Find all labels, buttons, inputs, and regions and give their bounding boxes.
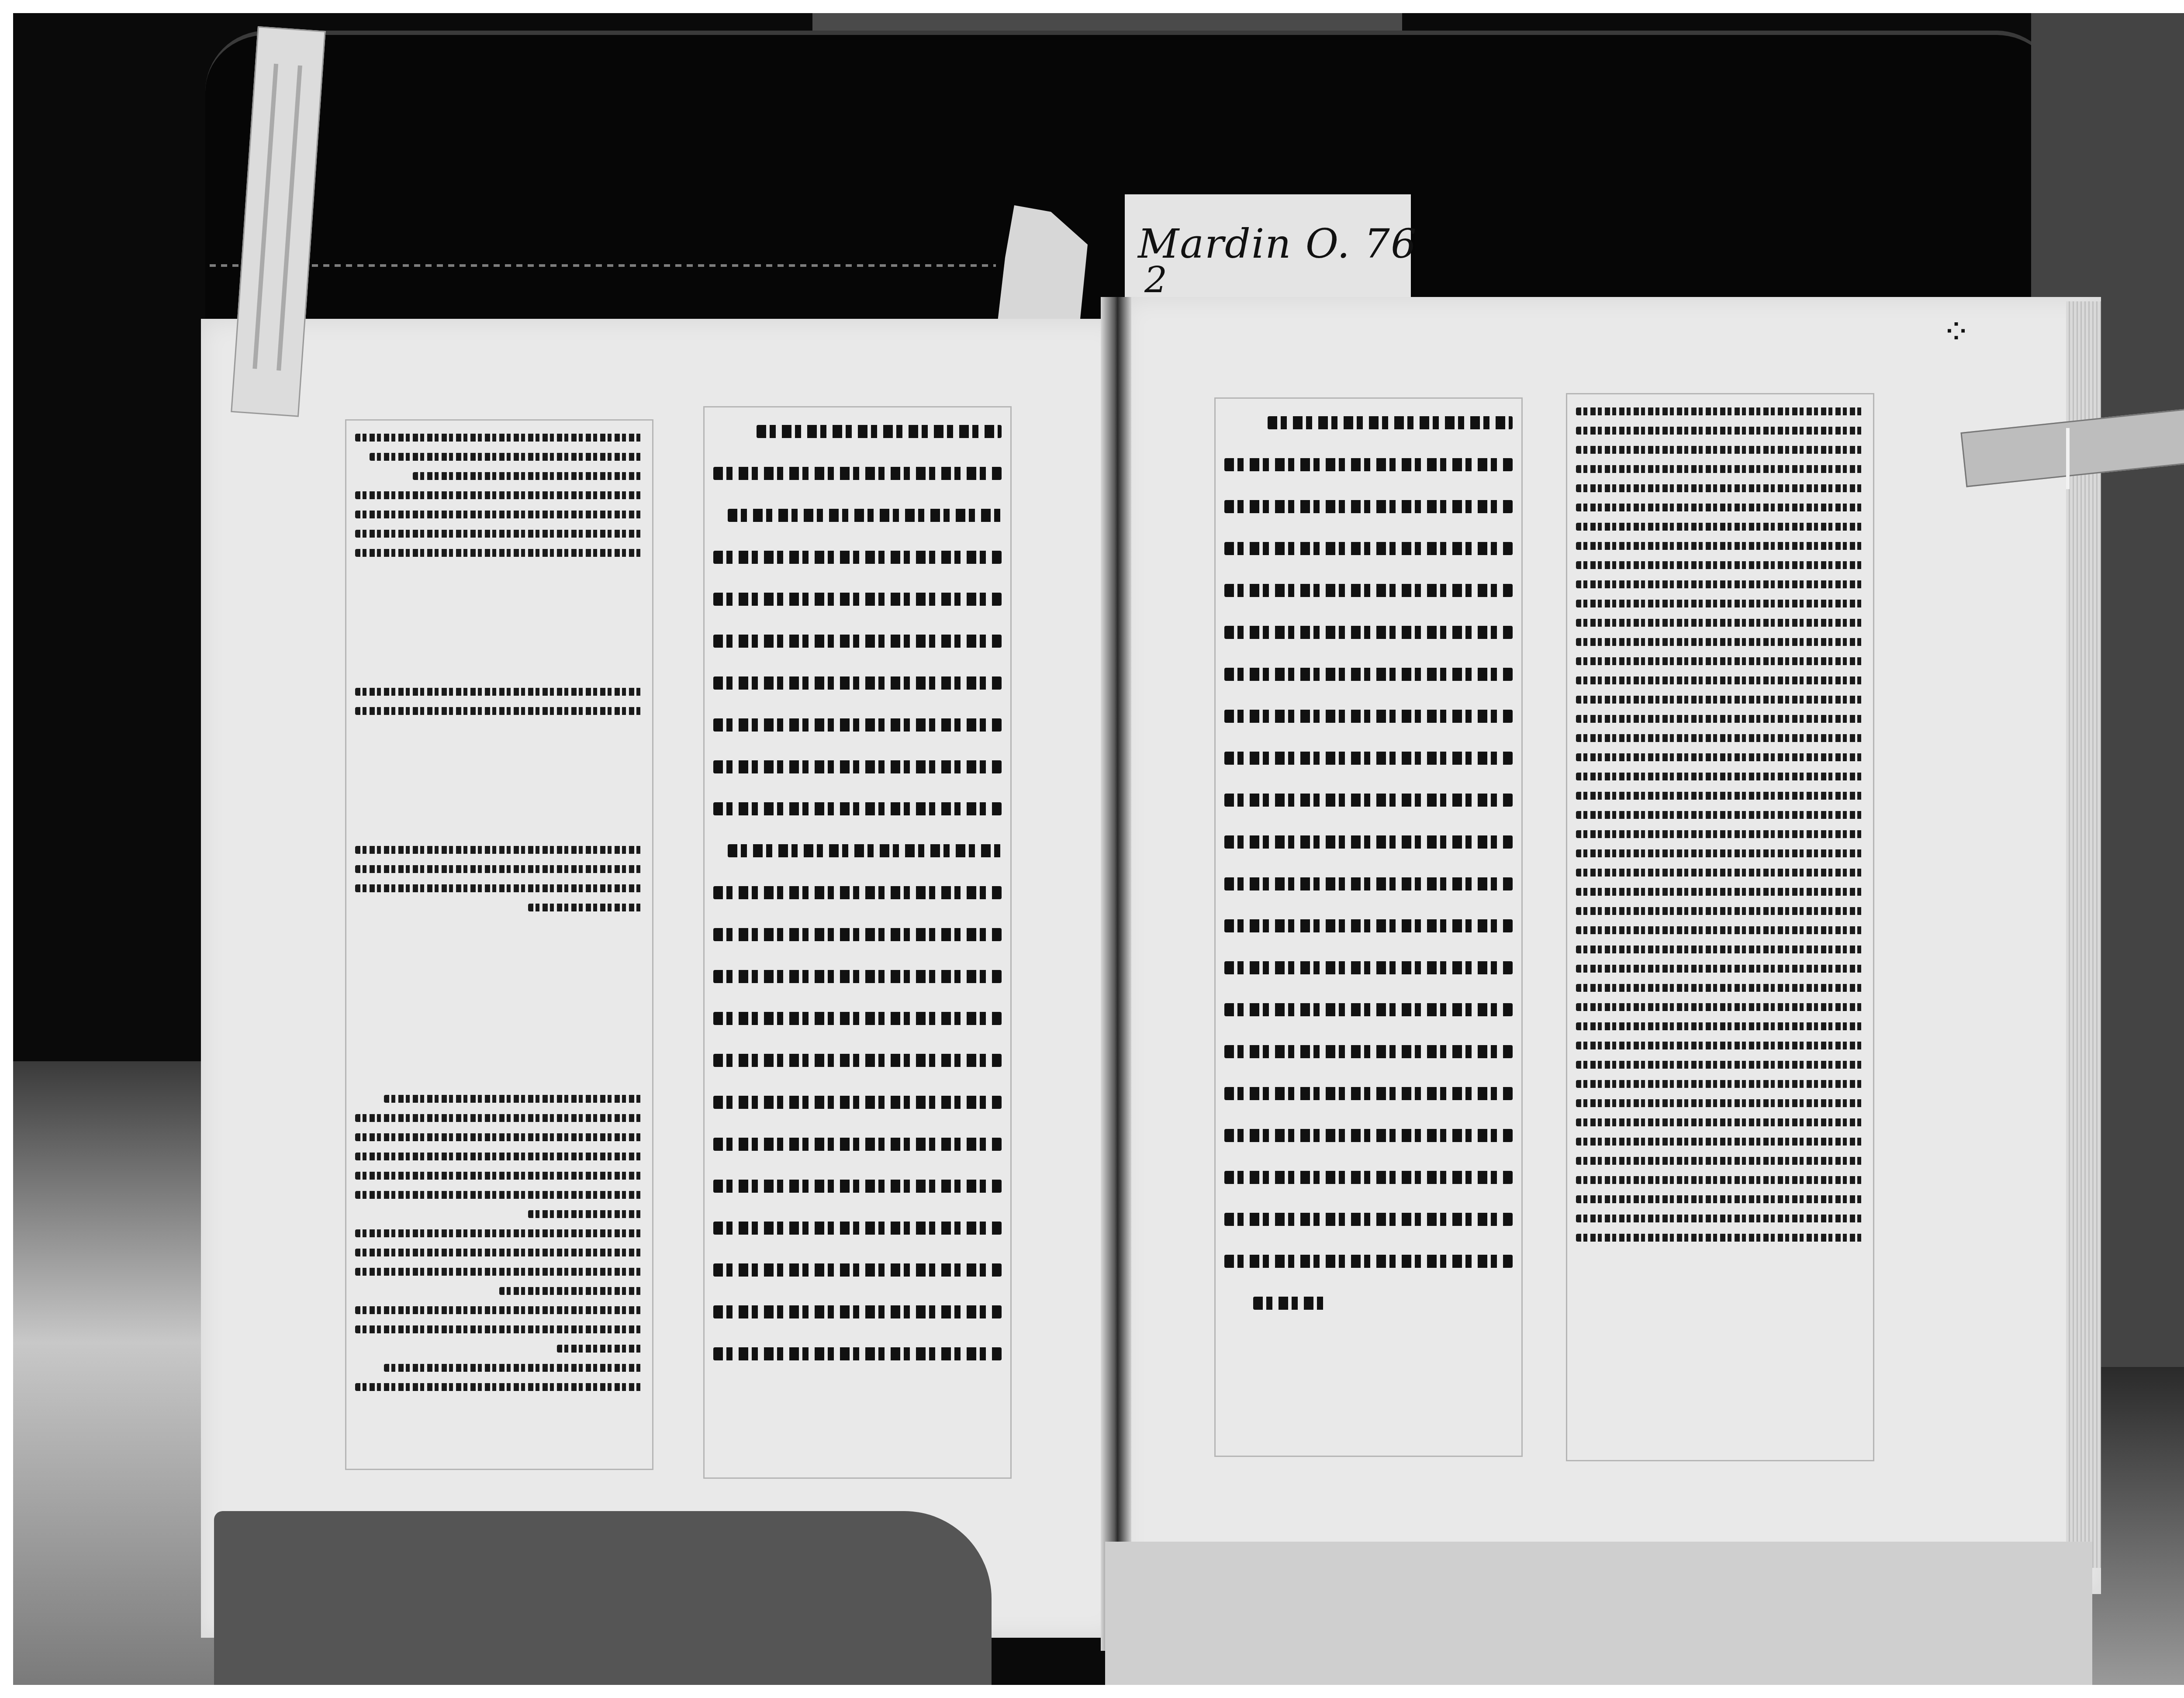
right-page-commentary-frame: [1566, 393, 1874, 1461]
left-commentary-text: [346, 421, 652, 1402]
right-page-main-frame: [1214, 397, 1523, 1457]
left-page-main-frame: [703, 406, 1012, 1479]
shelfmark-label: Mardin O. 76 2: [1125, 194, 1411, 301]
left-main-text: [705, 407, 1010, 1389]
right-main-text: [1216, 399, 1521, 1339]
manuscript-photo: Mardin O. 76 2: [13, 13, 2184, 1685]
shelfmark-text: Mardin O. 76: [1138, 221, 1417, 267]
background-cloth-left: [13, 1061, 214, 1685]
right-commentary-text: [1567, 394, 1873, 1253]
shelfmark-number: 2: [1144, 260, 1167, 301]
book-cover-right: [1105, 1542, 2092, 1685]
four-dot-ornament-icon: ⁘: [1942, 314, 1971, 349]
left-page-commentary-frame: [345, 419, 653, 1470]
page-block-edge: [2066, 301, 2101, 1568]
clip-spring-wire: [2066, 428, 2070, 489]
case-stitching: [210, 264, 996, 267]
book-cover-left: [214, 1511, 992, 1685]
book-gutter: [1101, 297, 1131, 1651]
